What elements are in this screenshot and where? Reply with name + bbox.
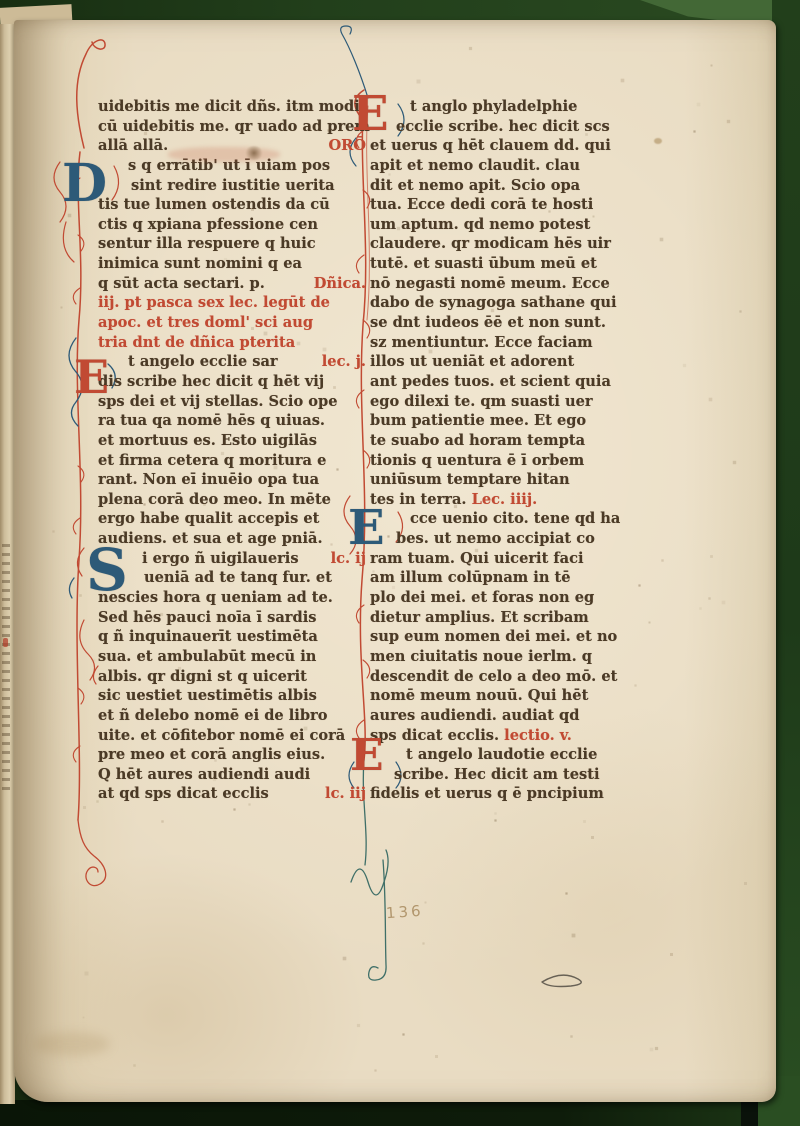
text-column-right: t anglo phyladelphieecclie scribe. hec d… <box>370 97 652 804</box>
text-line: ecclie scribe. hec dicit scs <box>370 117 652 137</box>
text-line: tria dnt de dñica pterita <box>98 333 366 353</box>
text-line: q sūt acta sectari. p.Dñica. <box>98 274 366 294</box>
text-line: tutē. et suasti ūbum meū et <box>370 254 652 274</box>
drop-cap-initial-S-si-ergo: S <box>86 544 128 597</box>
text-line: t angelo laudotie ecclie <box>370 745 652 765</box>
text-line: ant pedes tuos. et scient quia <box>370 372 652 392</box>
text-line: sua. et ambulabūt mecū in <box>98 647 366 667</box>
text-line: et firma cetera q moritura e <box>98 451 366 471</box>
text-line: q ñ inquinauerīt uestimēta <box>98 627 366 647</box>
text-line: nescies hora q ueniam ad te. <box>98 588 366 608</box>
backdrop-bottom-band <box>0 1100 800 1126</box>
pen-trial-squiggle <box>542 975 581 986</box>
text-line: illos ut ueniāt et adorent <box>370 352 652 372</box>
book-page-edges <box>0 24 15 1104</box>
text-line: pre meo et corā anglis eius. <box>98 745 366 765</box>
text-line: et ñ delebo nomē ei de libro <box>98 706 366 726</box>
text-line: dietur amplius. Et scribam <box>370 608 652 628</box>
text-line: apit et nemo claudit. clau <box>370 156 652 176</box>
drop-cap-initial-E-et-angelo-sardis: E <box>74 356 109 398</box>
text-line: um aptum. qd nemo potest <box>370 215 652 235</box>
text-line: bes. ut nemo accipiat co <box>370 529 652 549</box>
text-line: ram tuam. Qui uicerit faci <box>370 549 652 569</box>
text-line: cce uenio cito. tene qd ha <box>370 509 652 529</box>
text-line: plo dei mei. et foras non eg <box>370 588 652 608</box>
text-line: audiens. et sua et age pniā. <box>98 529 366 549</box>
parchment-stain <box>34 1032 110 1056</box>
photograph-backdrop: uidebitis me dicit dñs. itm modicū uideb… <box>0 0 800 1126</box>
text-line: tes in terra. Lec. iiij. <box>370 490 652 510</box>
text-line: dit et nemo apit. Scio opa <box>370 176 652 196</box>
text-line: ego dilexi te. qm suasti uer <box>370 392 652 412</box>
text-line: rant. Non eī inuēio opa tua <box>98 470 366 490</box>
text-line: ergo habe qualit accepis et <box>98 509 366 529</box>
folio-number-pencil: 136 <box>385 902 424 923</box>
ink-stain <box>245 146 263 160</box>
text-line: cū uidebitis me. qr uado ad prem <box>98 117 366 137</box>
text-line: et uerus q hēt clauem dd. qui <box>370 136 652 156</box>
text-line: bum patientie mee. Et ego <box>370 411 652 431</box>
text-line: nō negasti nomē meum. Ecce <box>370 274 652 294</box>
text-line: sic uestiet uestimētis albis <box>98 686 366 706</box>
text-line: fidelis et uerus q ē pncipium <box>370 784 652 804</box>
text-line: aures audiendi. audiat qd <box>370 706 652 726</box>
text-line: claudere. qr modicam hēs uir <box>370 234 652 254</box>
text-line: men ciuitatis noue ierlm. q <box>370 647 652 667</box>
text-line: tionis q uentura ē ī orbem <box>370 451 652 471</box>
text-line: t anglo phyladelphie <box>370 97 652 117</box>
adjacent-page-rubric-mark <box>3 638 8 647</box>
text-line: ueniā ad te tanq fur. et <box>98 568 366 588</box>
drop-cap-initial-D-deus: D <box>62 160 107 208</box>
text-line: sps dicat ecclis. lectio. v. <box>370 726 652 746</box>
text-line: tua. Ecce dedi corā te hosti <box>370 195 652 215</box>
text-line: uidebitis me dicit dñs. itm modi <box>98 97 366 117</box>
adjacent-page-text-marks <box>2 544 10 794</box>
text-line: sps dei et vij stellas. Scio ope <box>98 392 366 412</box>
drop-cap-initial-E-ecce-uenio: E <box>348 506 385 550</box>
text-line: sup eum nomen dei mei. et no <box>370 627 652 647</box>
text-line: te suabo ad horam tempta <box>370 431 652 451</box>
text-line: Q hēt aures audiendi audi <box>98 765 366 785</box>
rust-fleck <box>654 138 662 144</box>
text-line: plena corā deo meo. In mēte <box>98 490 366 510</box>
text-column-left: uidebitis me dicit dñs. itm modicū uideb… <box>98 97 366 804</box>
text-line: dis scribe hec dicit q hēt vij <box>98 372 366 392</box>
text-line: uite. et cōfitebor nomē ei corā <box>98 726 366 746</box>
text-line: iij. pt pasca sex lec. legūt de <box>98 293 366 313</box>
text-line: sint redire iustitie uerita <box>98 176 366 196</box>
text-line: am illum colūpnam in tē <box>370 568 652 588</box>
text-line: sentur illa respuere q huic <box>98 234 366 254</box>
text-line: Sed hēs pauci noīa ī sardis <box>98 608 366 628</box>
text-line: t angelo ecclie sarlec. j. <box>98 352 366 372</box>
text-line: apoc. et tres doml' sci aug <box>98 313 366 333</box>
parchment-speckles <box>14 20 15 21</box>
text-line: ctis q xpiana pfessione cen <box>98 215 366 235</box>
text-line: et mortuus es. Esto uigilās <box>98 431 366 451</box>
text-line: i ergo ñ uigilauerislc. ij <box>98 549 366 569</box>
drop-cap-initial-E-et-angelo-laodicie: E <box>350 736 384 776</box>
text-line: ra tua qa nomē hēs q uiuas. <box>98 411 366 431</box>
erased-rubric-smear <box>168 147 280 162</box>
text-line: nomē meum nouū. Qui hēt <box>370 686 652 706</box>
text-line: tis tue lumen ostendis da cū <box>98 195 366 215</box>
text-line: se dnt iudeos ēē et non sunt. <box>370 313 652 333</box>
manuscript-page: uidebitis me dicit dñs. itm modicū uideb… <box>14 20 776 1102</box>
text-line: scribe. Hec dicit am testi <box>370 765 652 785</box>
text-line: uniūsum temptare hitan <box>370 470 652 490</box>
text-line: inimica sunt nomini q ea <box>98 254 366 274</box>
backdrop-right-band <box>772 0 800 1126</box>
text-line: dabo de synagoga sathane qui <box>370 293 652 313</box>
text-line: descendit de celo a deo mō. et <box>370 667 652 687</box>
text-line: sz mentiuntur. Ecce faciam <box>370 333 652 353</box>
drop-cap-initial-E-et-angelo-philadelphie: E <box>352 92 389 136</box>
text-line: at qd sps dicat ecclislc. iij <box>98 784 366 804</box>
text-line: albis. qr digni st q uicerit <box>98 667 366 687</box>
